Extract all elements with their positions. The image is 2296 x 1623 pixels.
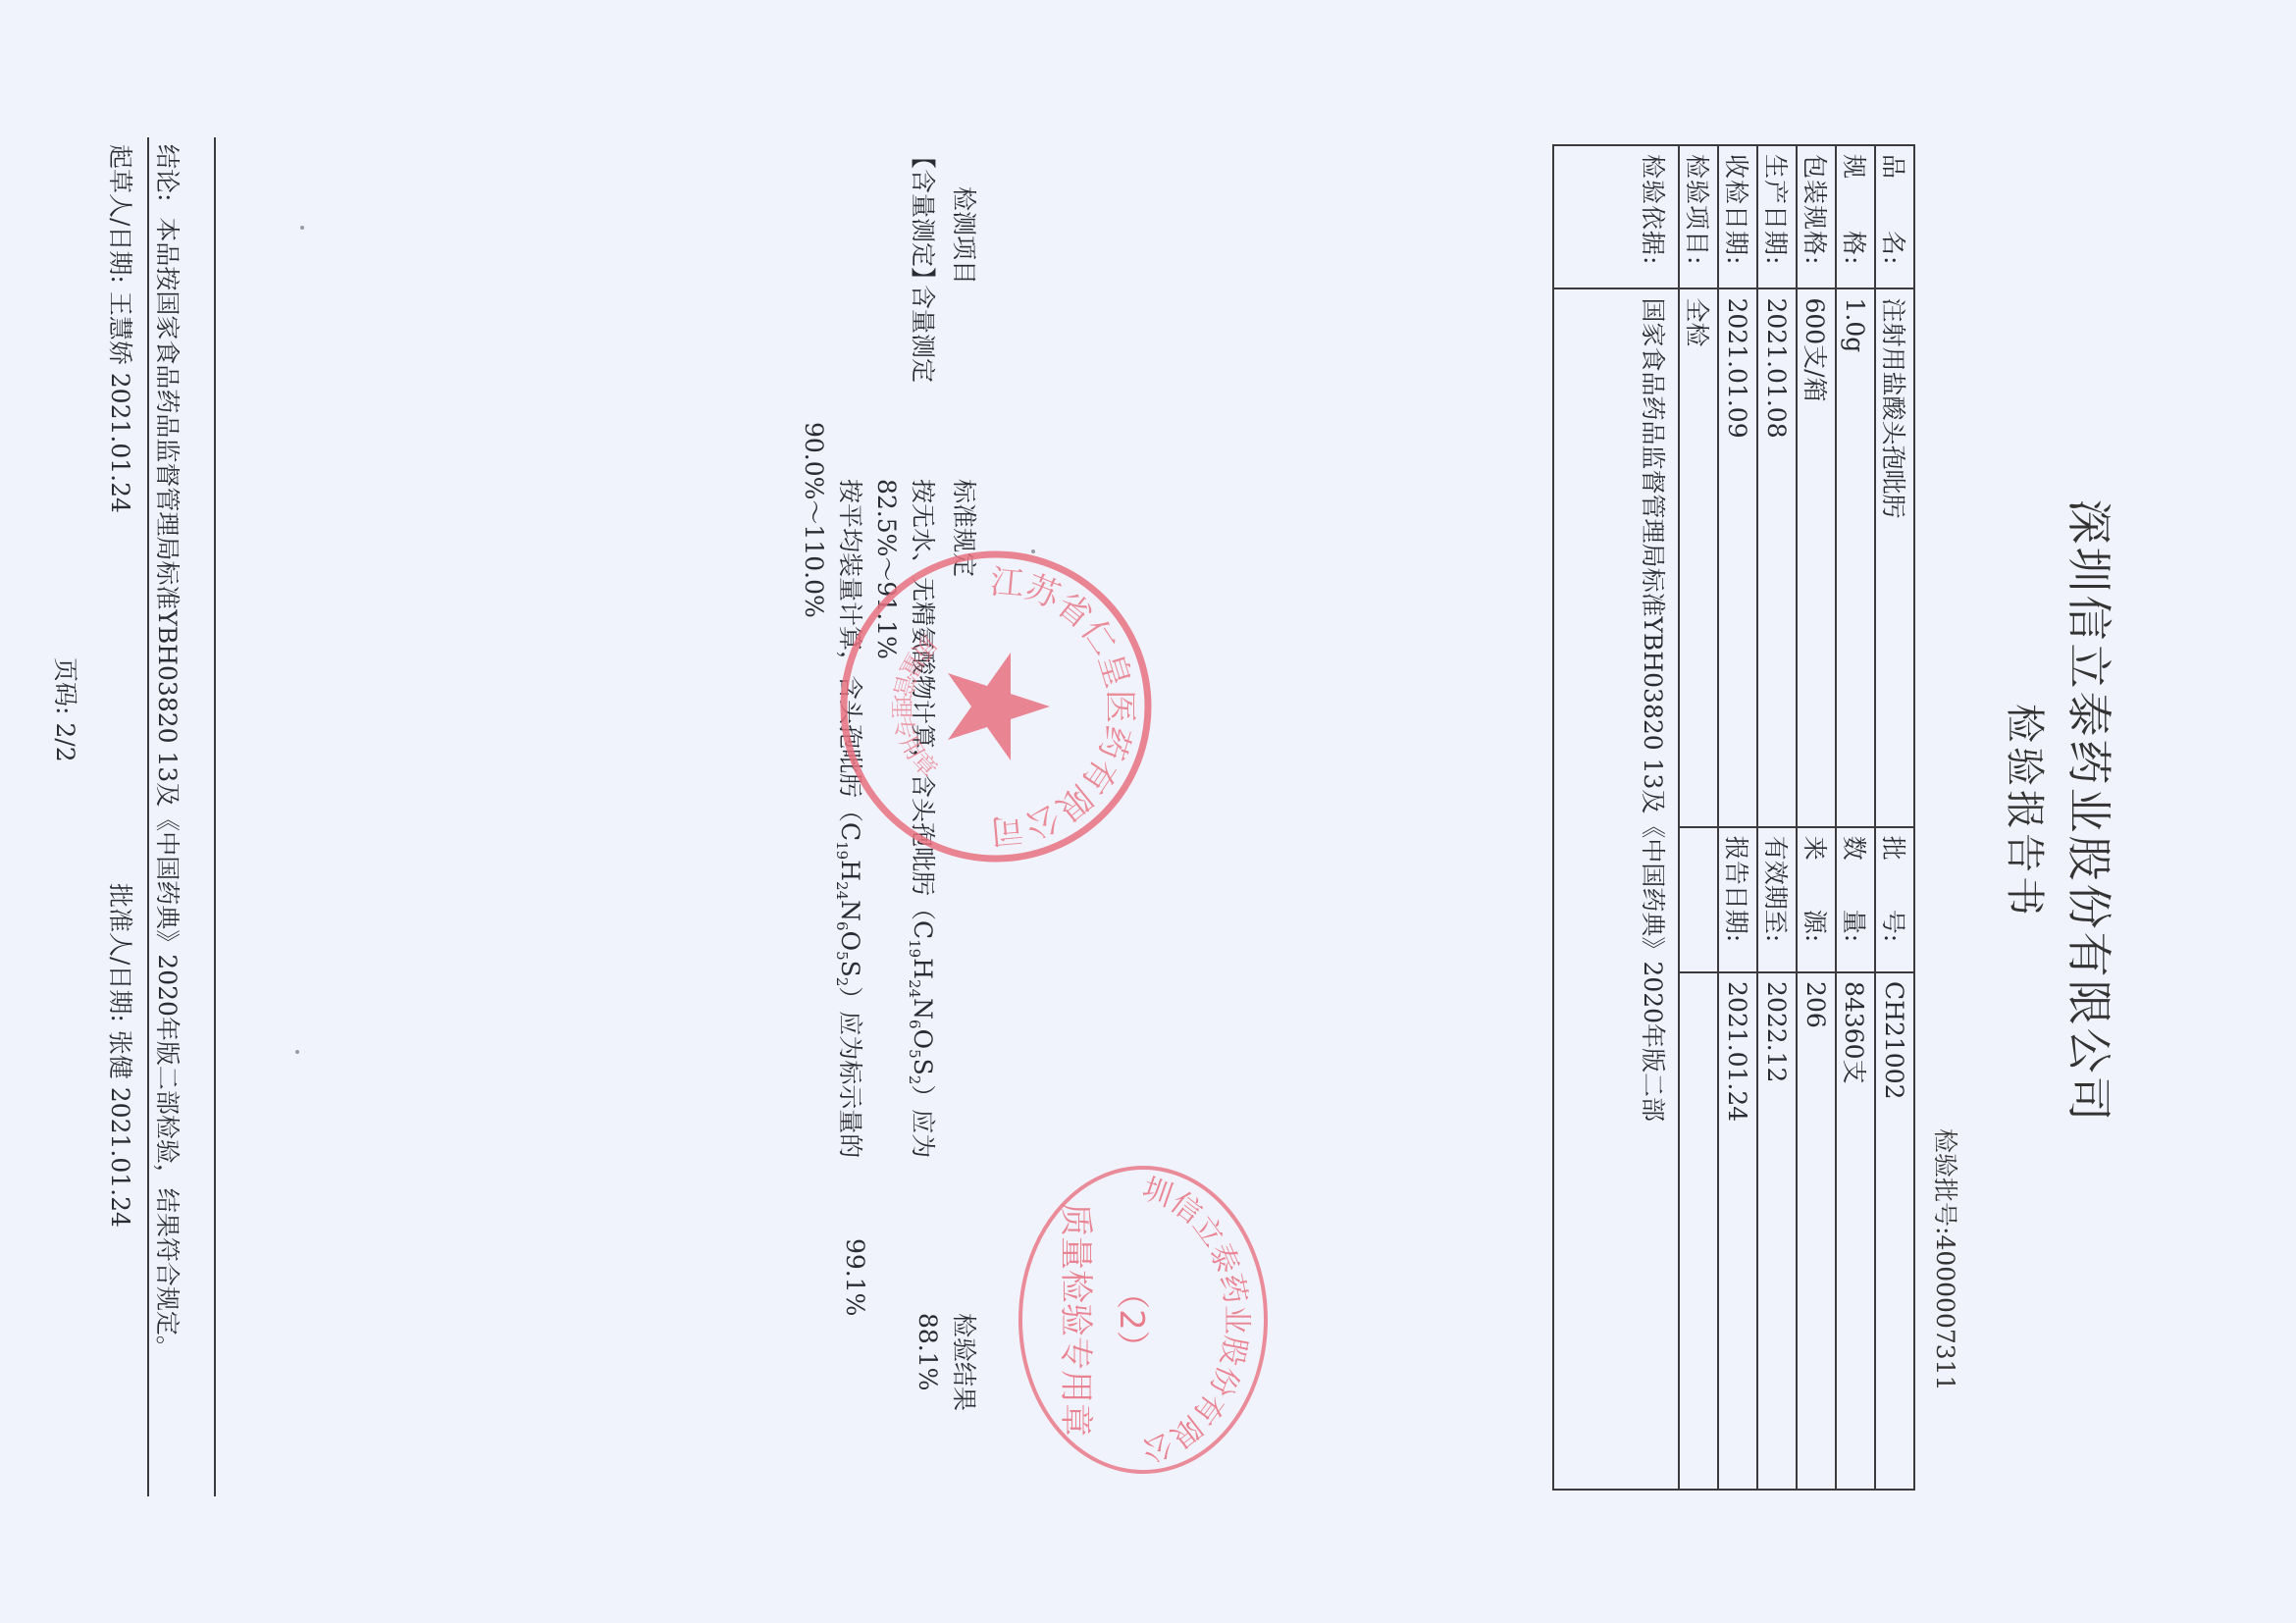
info-label: 规 格: bbox=[1836, 145, 1875, 288]
info-label-right: 报告日期: bbox=[1718, 827, 1757, 972]
conclusion-label: 结论: bbox=[153, 144, 182, 201]
page-number: 页码: 2/2 bbox=[49, 657, 84, 762]
result-value: 99.1% bbox=[841, 1238, 869, 1316]
scan-speck bbox=[1031, 550, 1035, 553]
info-value-right: 206 bbox=[1797, 972, 1836, 1490]
result-value: 88.1% bbox=[913, 1313, 942, 1390]
info-row: 收检日期:2021.01.09报告日期:2021.01.24 bbox=[1718, 145, 1757, 1490]
info-label: 品 名: bbox=[1875, 145, 1914, 288]
info-value-right: 2022.12 bbox=[1757, 972, 1797, 1490]
conclusion: 结论: 本品按国家食品药品监督管理局标准YBH03820 13及《中国药典》20… bbox=[151, 144, 186, 1360]
info-row: 包装规格:600支/箱来 源:206 bbox=[1797, 145, 1836, 1490]
info-label-right bbox=[1679, 827, 1718, 972]
standard-range: 90.0%～110.0% bbox=[798, 422, 833, 618]
result-item-name: 含量测定 bbox=[907, 285, 942, 383]
svg-text:深圳信立泰药业股份有限公司: 深圳信立泰药业股份有限公司 bbox=[1138, 1158, 1276, 1468]
info-value: 1.0g bbox=[1836, 288, 1875, 826]
results-section-label: 【含量测定】 bbox=[907, 144, 942, 291]
info-label: 生产日期: bbox=[1757, 145, 1797, 288]
info-label-right: 批 号: bbox=[1875, 827, 1914, 972]
inspection-batch-number: 检验批号:4000007311 bbox=[1929, 1128, 1964, 1391]
info-row: 规 格:1.0g数 量:84360支 bbox=[1836, 145, 1875, 1490]
batch-number-value: 4000007311 bbox=[1931, 1234, 1959, 1390]
divider bbox=[214, 137, 216, 1496]
info-value-right: 84360支 bbox=[1836, 972, 1875, 1490]
info-label: 收检日期: bbox=[1718, 145, 1757, 288]
results-header-result: 检验结果 bbox=[948, 1313, 983, 1411]
scan-speck bbox=[300, 226, 304, 230]
basis-value: 国家食品药品监督管理局标准YBH03820 13及《中国药典》2020年版二部 bbox=[1553, 288, 1679, 1490]
info-value: 注射用盐酸头孢吡肟 bbox=[1875, 288, 1914, 826]
svg-text:江苏省仁皇医药有限公司: 江苏省仁皇医药有限公司 bbox=[989, 562, 1139, 851]
info-value: 600支/箱 bbox=[1797, 288, 1836, 826]
info-value-right bbox=[1679, 972, 1718, 1490]
conclusion-text: 本品按国家食品药品监督管理局标准YBH03820 13及《中国药典》2020年版… bbox=[153, 217, 182, 1360]
info-row: 品 名:注射用盐酸头孢吡肟批 号:CH21002 bbox=[1875, 145, 1914, 1490]
report-title: 检验报告书 bbox=[2000, 0, 2056, 1623]
info-value: 全检 bbox=[1679, 288, 1718, 826]
results-header-item: 检测项目 bbox=[948, 186, 983, 285]
info-label-right: 数 量: bbox=[1836, 827, 1875, 972]
basis-label: 检验依据: bbox=[1553, 145, 1679, 288]
svg-text:质量检验专用章: 质量检验专用章 bbox=[1056, 1203, 1095, 1437]
info-label-right: 有效期至: bbox=[1757, 827, 1797, 972]
basis-row: 检验依据:国家食品药品监督管理局标准YBH03820 13及《中国药典》2020… bbox=[1553, 145, 1679, 1490]
drafter-signature: 起草人/日期: 王慧娇 2021.01.24 bbox=[104, 144, 139, 513]
approver-signature: 批准人/日期: 张健 2021.01.24 bbox=[104, 883, 139, 1228]
quality-inspection-stamp: 深圳信立泰药业股份有限公司 （2） 质量检验专用章 bbox=[1011, 1158, 1276, 1482]
info-value-right: CH21002 bbox=[1875, 972, 1914, 1490]
standard-range: 82.5%～91.1% bbox=[870, 479, 906, 659]
info-row: 生产日期:2021.01.08有效期至:2022.12 bbox=[1757, 145, 1797, 1490]
svg-text:（2）: （2） bbox=[1112, 1276, 1151, 1364]
info-label: 检验项目: bbox=[1679, 145, 1718, 288]
info-value-right: 2021.01.24 bbox=[1718, 972, 1757, 1490]
standard-line: 按平均装量计算，含头孢吡肟（C19H24N6O5S2）应为标示量的 bbox=[833, 479, 869, 1158]
scan-speck bbox=[295, 1050, 299, 1054]
standard-line: 按无水、无精氨酸物计算，含头孢吡肟（C19H24N6O5S2）应为 bbox=[906, 479, 942, 1158]
results-header-standard: 标准规定 bbox=[948, 479, 983, 577]
inspection-report-page: 深圳信立泰药业股份有限公司 检验报告书 检验批号:4000007311 品 名:… bbox=[0, 0, 2296, 1623]
divider bbox=[147, 137, 149, 1496]
info-value: 2021.01.09 bbox=[1718, 288, 1757, 826]
info-label-right: 来 源: bbox=[1797, 827, 1836, 972]
product-info-table: 品 名:注射用盐酸头孢吡肟批 号:CH21002规 格:1.0g数 量:8436… bbox=[1552, 144, 1915, 1491]
info-value: 2021.01.08 bbox=[1757, 288, 1797, 826]
star-icon bbox=[948, 653, 1050, 760]
company-title: 深圳信立泰药业股份有限公司 bbox=[2060, 0, 2124, 1623]
info-row: 检验项目:全检 bbox=[1679, 145, 1718, 1490]
batch-number-label: 检验批号: bbox=[1931, 1128, 1959, 1234]
info-label: 包装规格: bbox=[1797, 145, 1836, 288]
